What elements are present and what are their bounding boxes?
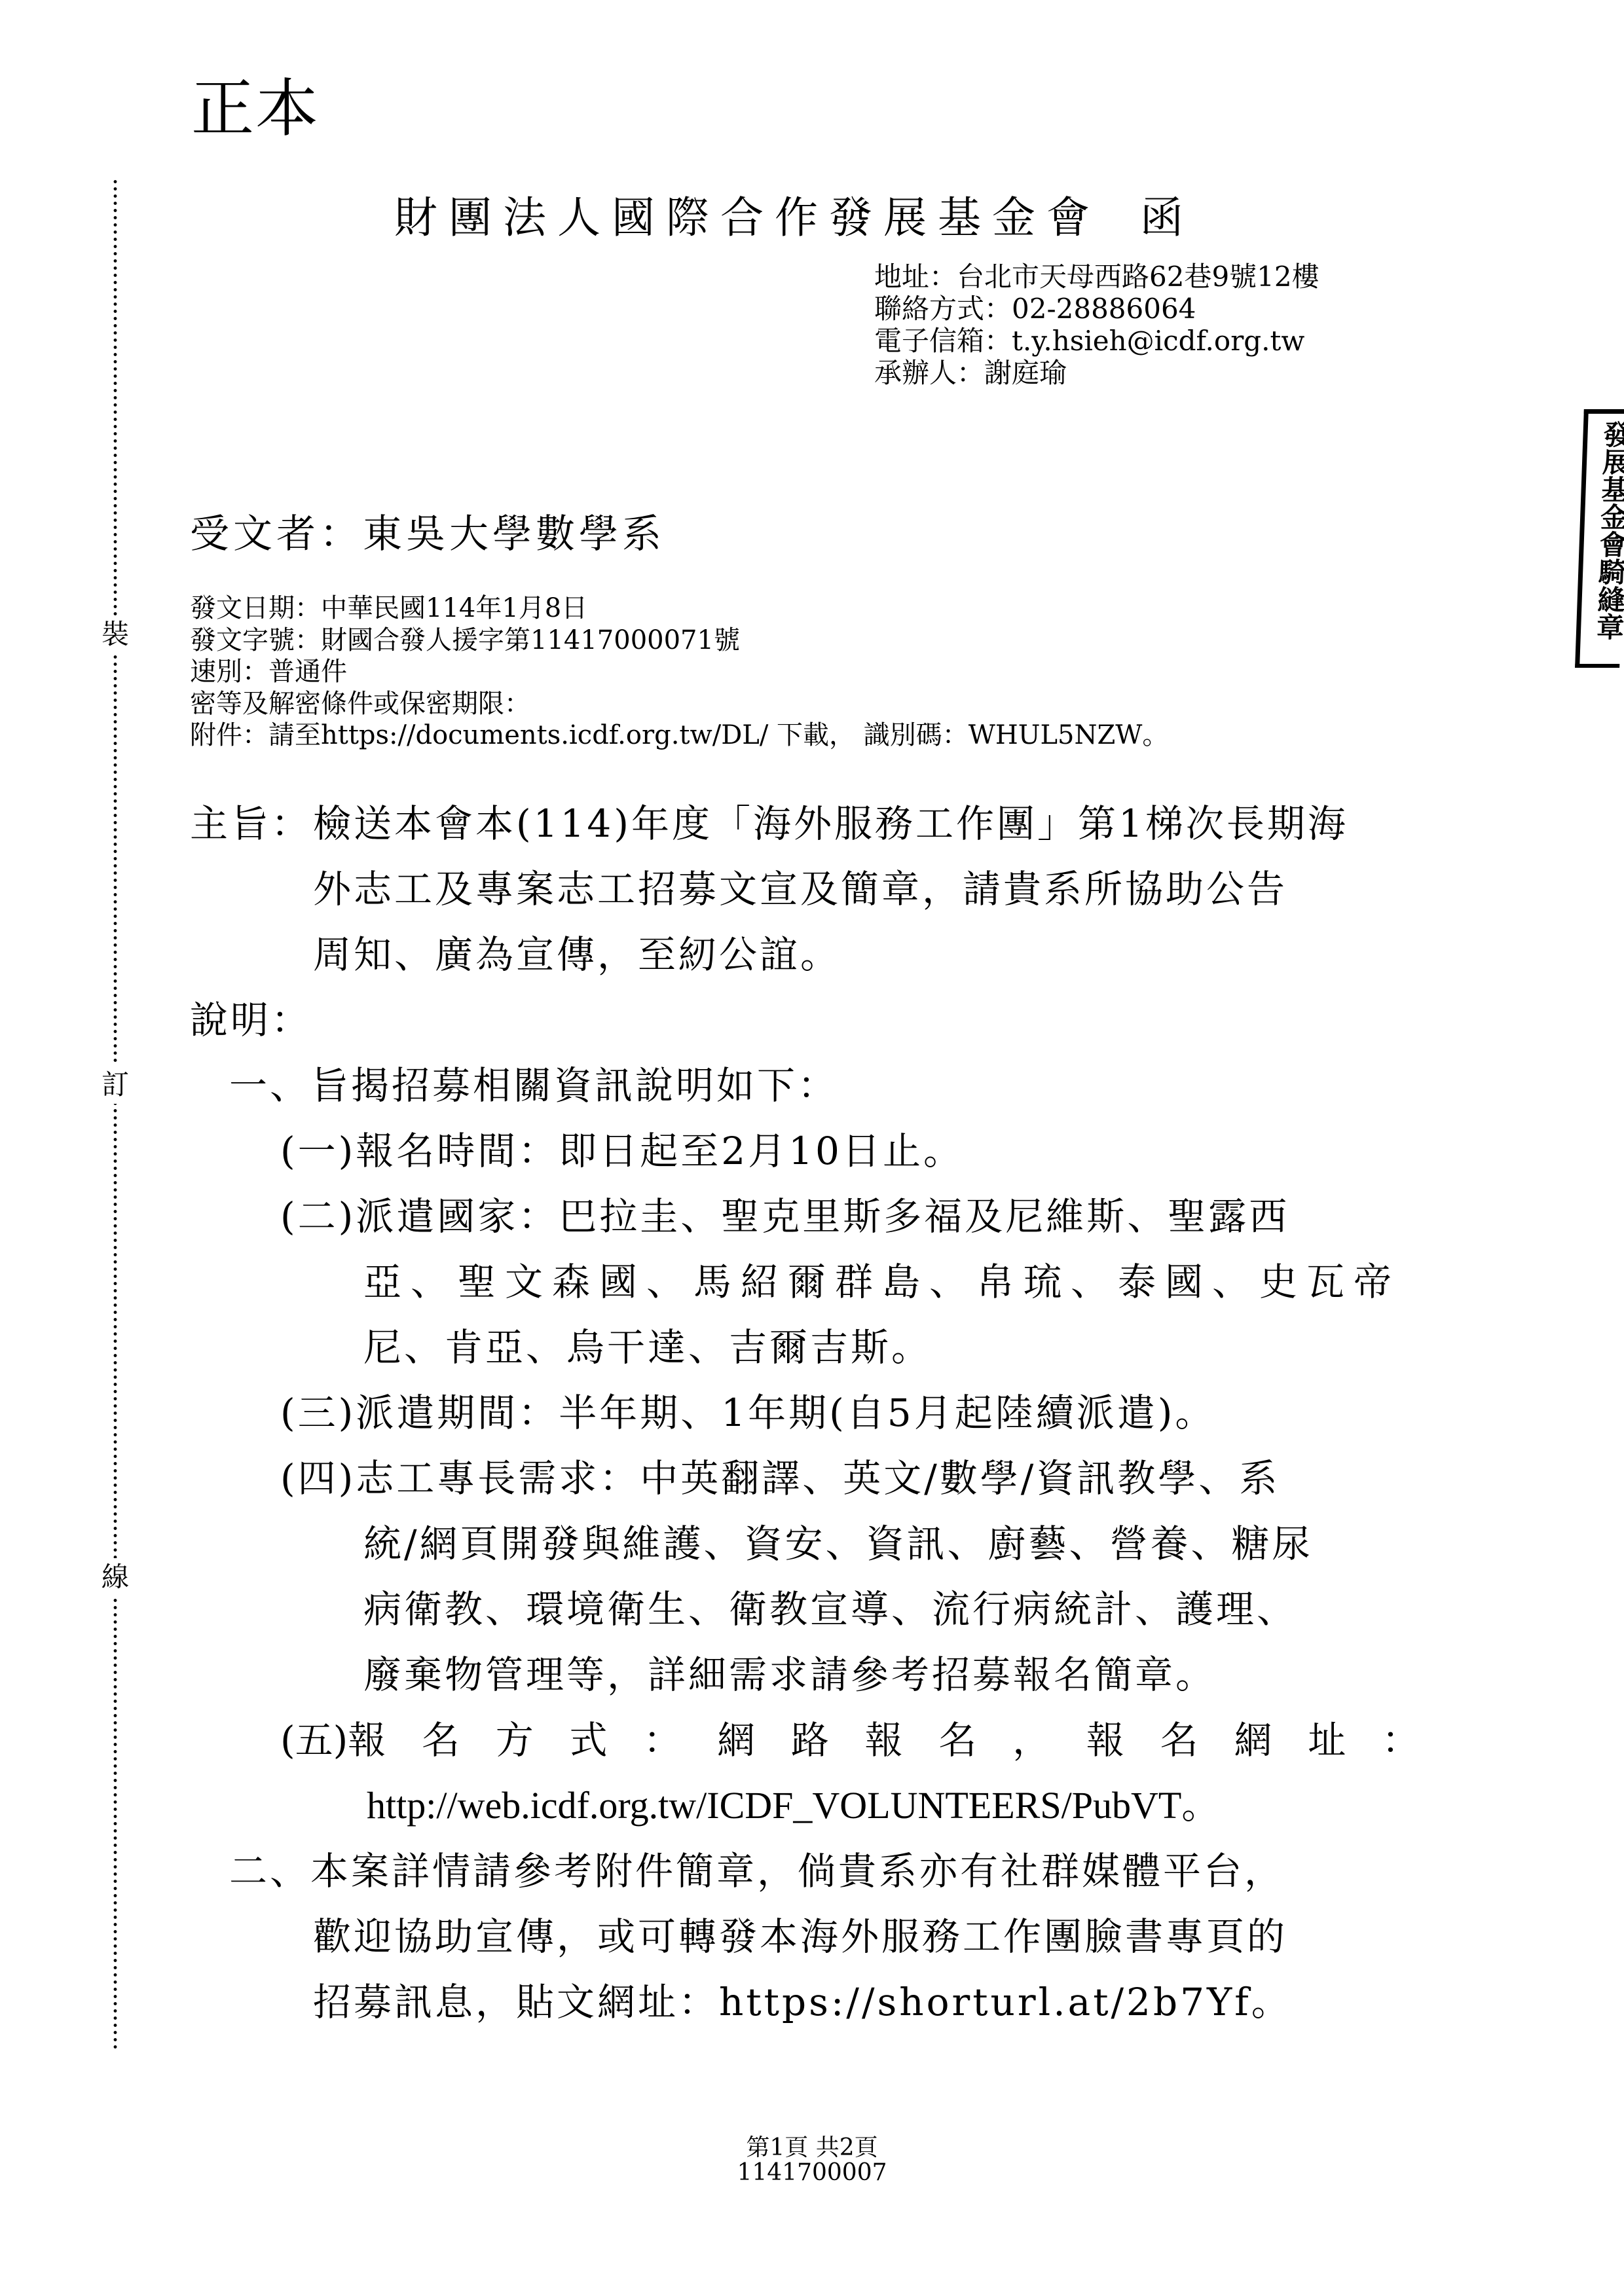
item1-sub4-line4: 廢棄物管理等，詳細需求請參考招募報名簡章。 (363, 1642, 1216, 1707)
doc-number: 發文字號：財國合發人援字第11417000071號 (190, 625, 1168, 657)
subject-line-2: 外志工及專案志工招募文宣及簡章，請貴系所協助公告 (313, 856, 1287, 922)
token: 名 (1160, 1707, 1198, 1773)
urgency: 速別：普通件 (190, 656, 1168, 688)
item1-sub4-line3: 病衛教、環境衛生、衛教宣導、流行病統計、護理、 (363, 1576, 1297, 1642)
item1-sub2-line3: 尼、肯亞、烏干達、吉爾吉斯。 (363, 1315, 932, 1380)
token: ： (643, 1707, 681, 1773)
seal-text: 發展基金會騎縫章 (1586, 420, 1624, 640)
subject-label: 主旨： (190, 791, 312, 856)
token: 報 (865, 1707, 903, 1773)
token: ， (1012, 1707, 1050, 1773)
perforation-seal: 發展基金會騎縫章 (1575, 409, 1624, 668)
item2-line1: 二、本案詳情請參考附件簡章，倘貴系亦有社群媒體平台， (229, 1838, 1285, 1904)
item1-sub2-line1: (二)派遣國家：巴拉圭、聖克里斯多福及尼維斯、聖露西 (280, 1184, 1289, 1249)
item1-sub1: (一)報名時間：即日起至2月10日止。 (280, 1118, 964, 1184)
item1-sub4-line1: (四)志工專長需求：中英翻譯、英文/數學/資訊教學、系 (280, 1446, 1280, 1511)
token: 名 (422, 1707, 460, 1773)
copy-mark: 正本 (191, 77, 320, 140)
binding-label-line: 線 (100, 1558, 131, 1596)
attachment: 附件：請至https://documents.icdf.org.tw/DL/ 下… (190, 720, 1168, 752)
recipient: 受文者：東吳大學數學系 (190, 515, 665, 554)
item1-sub5-url: http://web.icdf.org.tw/ICDF_VOLUNTEERS/P… (367, 1773, 1219, 1838)
token: 報 (1086, 1707, 1124, 1773)
page-number: 第1頁 共2頁 (0, 2136, 1624, 2160)
contact-block: 地址：台北市天母西路62巷9號12樓 聯絡方式：02-28886064 電子信箱… (874, 261, 1319, 389)
confidentiality: 密等及解密條件或保密期限： (190, 688, 1168, 720)
token: 網 (717, 1707, 755, 1773)
item1-title: 一、旨揭招募相關資訊說明如下： (229, 1053, 838, 1118)
contact-handler: 承辦人：謝庭瑜 (874, 357, 1319, 389)
item1-sub3: (三)派遣期間：半年期、1年期(自5月起陸續派遣)。 (280, 1380, 1215, 1446)
token: 方 (496, 1707, 534, 1773)
document-meta: 發文日期：中華民國114年1月8日 發文字號：財國合發人援字第114170000… (190, 592, 1168, 752)
token: 網 (1234, 1707, 1272, 1773)
doc-type: 函 (1140, 192, 1194, 243)
token: 名 (938, 1707, 976, 1773)
binding-dotted-line (113, 178, 118, 2050)
token: (五)報 (280, 1707, 386, 1773)
item1-sub5-line1: (五)報 名 方 式 ： 網 路 報 名 ， 報 名 網 址 ： (280, 1707, 1420, 1773)
issue-date: 發文日期：中華民國114年1月8日 (190, 592, 1168, 625)
item2-line2: 歡迎協助宣傳，或可轉發本海外服務工作團臉書專頁的 (313, 1904, 1287, 1969)
item2-line3: 招募訊息，貼文網址：https://shorturl.at/2b7Yf。 (313, 1969, 1292, 2035)
contact-email: 電子信箱：t.y.hsieh@icdf.org.tw (874, 325, 1319, 357)
token: 式 (570, 1707, 608, 1773)
token: 址 (1308, 1707, 1346, 1773)
item1-sub4-line2: 統/網頁開發與維護、資安、資訊、廚藝、營養、糖尿 (363, 1511, 1313, 1576)
subject-line-1: 檢送本會本(114)年度「海外服務工作團」第1梯次長期海 (313, 791, 1348, 856)
document-title: 財團法人國際合作發展基金會函 (394, 196, 1194, 240)
token: ： (1382, 1707, 1420, 1773)
token: 路 (791, 1707, 829, 1773)
explanation-label: 說明： (190, 987, 312, 1053)
contact-phone: 聯絡方式：02-28886064 (874, 293, 1319, 325)
binding-label-staple: 訂 (100, 1066, 131, 1104)
item1-sub2-line2: 亞、聖文森國、馬紹爾群島、帛琉、泰國、史瓦帝 (363, 1249, 1401, 1315)
org-name: 財團法人國際合作發展基金會 (394, 192, 1101, 243)
doc-code: 1141700007 (0, 2160, 1624, 2185)
subject-line-3: 周知、廣為宣傳，至紉公誼。 (313, 922, 841, 987)
contact-address: 地址：台北市天母西路62巷9號12樓 (874, 261, 1319, 293)
binding-label-bind: 裝 (100, 615, 131, 653)
